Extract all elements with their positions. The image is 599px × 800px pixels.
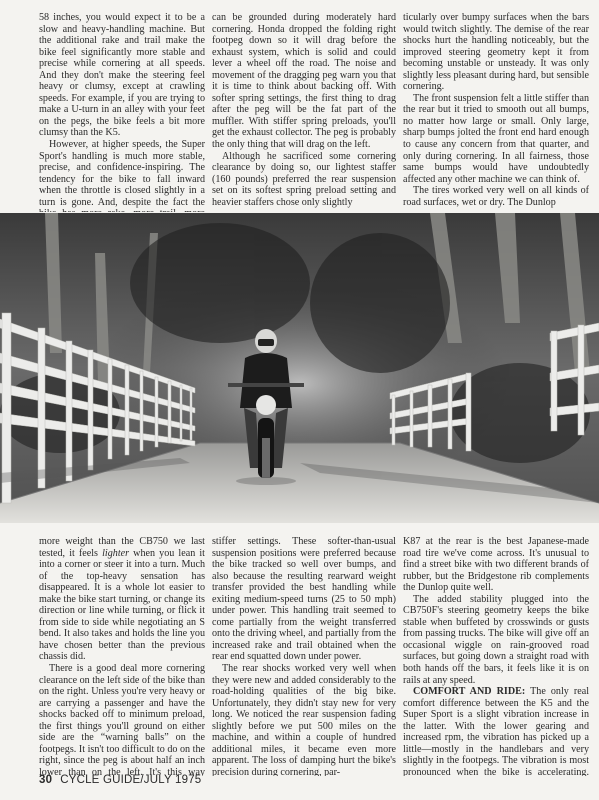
section-heading: COMFORT AND RIDE: [413, 686, 525, 697]
article-column-bottom-2: stiffer settings. These softer-than-usua… [212, 536, 396, 776]
paragraph: The front suspension felt a little stiff… [403, 93, 589, 185]
paragraph: The tires worked very well on all kinds … [403, 185, 589, 208]
article-column-top-1: 58 inches, you would expect it to be a s… [39, 12, 205, 212]
paragraph: Although he sacrificed some cornering cl… [212, 151, 396, 209]
paragraph: The added stability plugged into the CB7… [403, 594, 589, 686]
paragraph: However, at higher speeds, the Super Spo… [39, 139, 205, 212]
paragraph: K87 at the rear is the best Japanese-mad… [403, 536, 589, 594]
paragraph: more weight than the CB750 we last teste… [39, 536, 205, 663]
page-footer: 30CYCLE GUIDE/JULY 1975 [39, 774, 201, 786]
paragraph: can be grounded during moderately hard c… [212, 12, 396, 151]
paragraph: COMFORT AND RIDE: The only real comfort … [403, 686, 589, 776]
publication-name: CYCLE GUIDE/JULY 1975 [60, 774, 201, 786]
paragraph: 58 inches, you would expect it to be a s… [39, 12, 205, 139]
article-column-bottom-3: K87 at the rear is the best Japanese-mad… [403, 536, 589, 776]
paragraph: ticularly over bumpy surfaces when the b… [403, 12, 589, 93]
paragraph: The rear shocks worked very well when th… [212, 663, 396, 776]
photo-illustration [0, 213, 599, 523]
article-column-top-2: can be grounded during moderately hard c… [212, 12, 396, 212]
article-photo-motorcycle [0, 213, 599, 523]
paragraph: There is a good deal more cornering clea… [39, 663, 205, 776]
article-column-bottom-1: more weight than the CB750 we last teste… [39, 536, 205, 776]
page-number: 30 [39, 774, 52, 786]
article-column-top-3: ticularly over bumpy surfaces when the b… [403, 12, 589, 212]
emphasis-text: lighter [102, 548, 129, 559]
paragraph: stiffer settings. These softer-than-usua… [212, 536, 396, 663]
